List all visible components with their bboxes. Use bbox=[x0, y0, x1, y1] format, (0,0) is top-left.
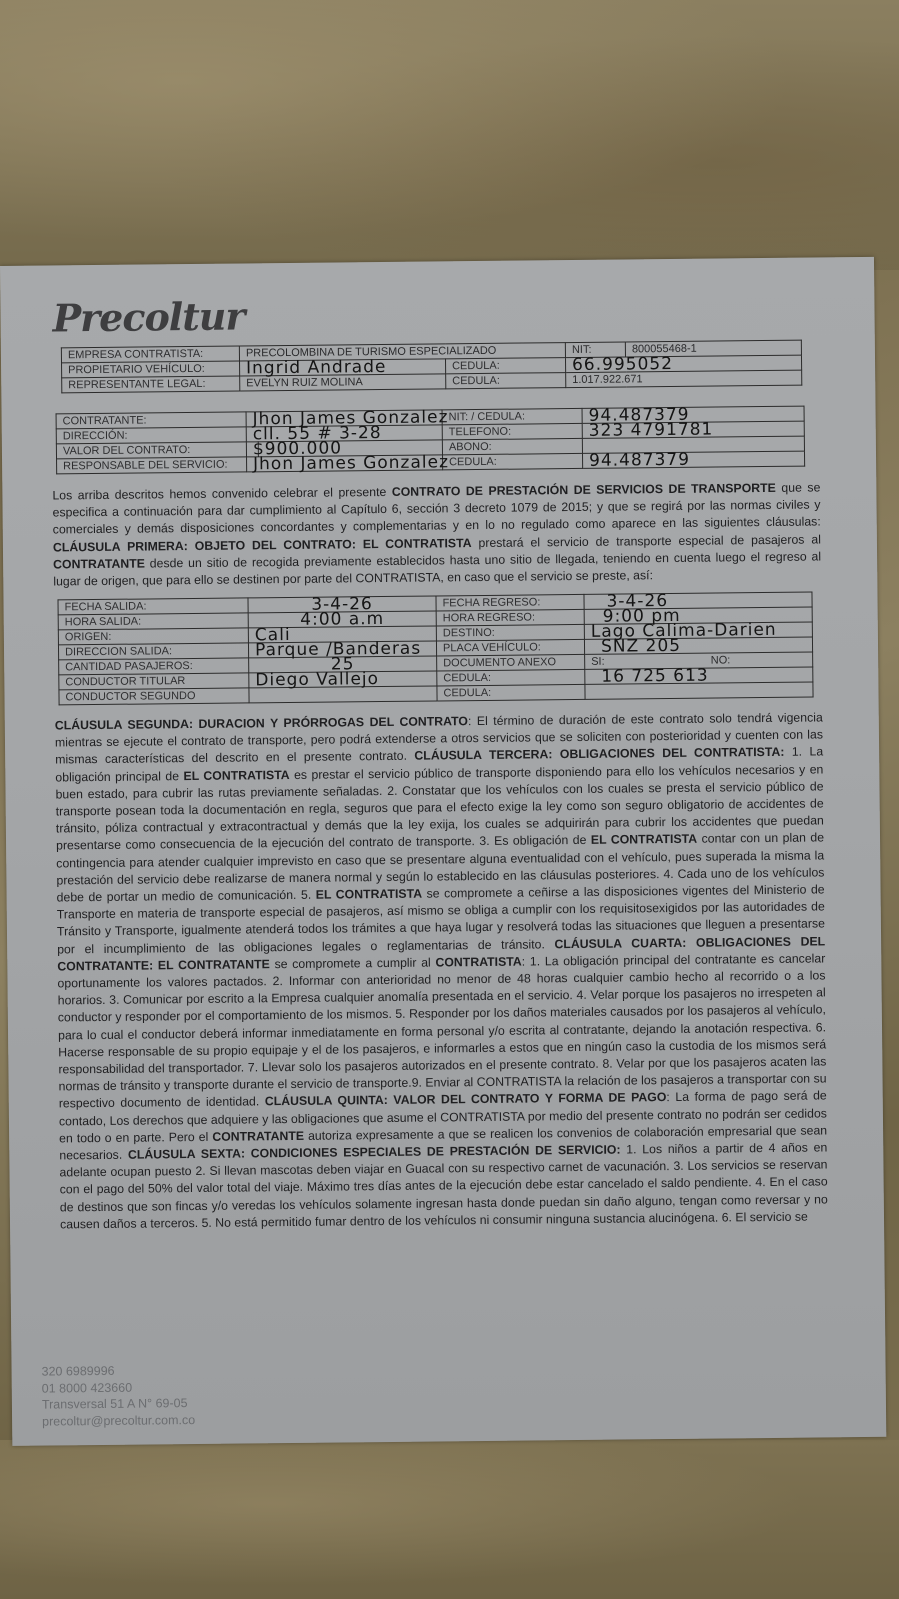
value-responsable-servicio: Jhon James Gonzalez bbox=[247, 455, 443, 472]
clause-4-text: se compromete a cumplir al bbox=[270, 955, 436, 971]
option-no: NO: bbox=[711, 654, 731, 666]
value-cedula-responsable: 94.487379 bbox=[582, 451, 804, 468]
footer-phone-1: 320 6989996 bbox=[41, 1362, 194, 1380]
company-logo: Precoltur bbox=[52, 293, 244, 340]
trip-info-table: FECHA SALIDA: 3-4-26 FECHA REGRESO: 3-4-… bbox=[57, 592, 813, 706]
label-abono: ABONO: bbox=[442, 438, 582, 454]
clause-3-bold: EL CONTRATISTA bbox=[316, 887, 422, 902]
label-documento-anexo: DOCUMENTO ANEXO bbox=[437, 654, 585, 671]
footer-phone-2: 01 8000 423660 bbox=[42, 1379, 195, 1397]
clause-5-title: CLÁUSULA QUINTA: VALOR DEL CONTRATO Y FO… bbox=[265, 1091, 667, 1109]
label-fecha-regreso: FECHA REGRESO: bbox=[436, 594, 584, 611]
clause-1-text: prestará el servicio de transporte espec… bbox=[471, 532, 821, 550]
label-hora-regreso: HORA REGRESO: bbox=[436, 609, 584, 626]
label-cedula-conductor-titular: CEDULA: bbox=[437, 669, 585, 686]
clause-3-bold: EL CONTRATISTA bbox=[183, 768, 289, 783]
label-destino: DESTINO: bbox=[436, 624, 584, 641]
label-cedula-responsable: CEDULA: bbox=[443, 453, 583, 469]
contact-footer: 320 6989996 01 8000 423660 Transversal 5… bbox=[41, 1362, 195, 1430]
clause-4-bold: CONTRATISTA bbox=[435, 954, 521, 969]
contract-title: CONTRATO DE PRESTACIÓN DE SERVICIOS DE T… bbox=[392, 481, 776, 499]
label-nit-cedula: NIT: / CEDULA: bbox=[442, 408, 582, 424]
clause-1-title: CLÁUSULA PRIMERA: OBJETO DEL CONTRATO: E… bbox=[53, 536, 472, 554]
label-conductor-segundo: CONDUCTOR SEGUNDO bbox=[59, 688, 249, 705]
client-info-table: CONTRATANTE: Jhon James Gonzalez NIT: / … bbox=[56, 406, 806, 475]
clause-1-bold: CONTRATANTE bbox=[53, 556, 145, 571]
stone-background-top bbox=[0, 0, 899, 270]
value-representante-legal: EVELYN RUIZ MOLINA bbox=[240, 374, 446, 391]
value-cedula-representante: 1.017.922.671 bbox=[566, 370, 802, 387]
clause-2-title: CLÁUSULA SEGUNDA: DURACION Y PRÓRROGAS D… bbox=[55, 714, 468, 732]
stone-background-bottom bbox=[0, 1440, 899, 1599]
clause-6-title: CLÁUSULA SEXTA: CONDICIONES ESPECIALES D… bbox=[128, 1143, 621, 1162]
clause-3-title: CLÁUSULA TERCERA: OBLIGACIONES DEL CONTR… bbox=[414, 745, 784, 763]
intro-text: Los arriba descritos hemos convenido cel… bbox=[52, 485, 392, 503]
label-placa-vehiculo: PLACA VEHÍCULO: bbox=[436, 639, 584, 656]
company-info-table: EMPRESA CONTRATISTA: PRECOLOMBINA DE TUR… bbox=[61, 340, 802, 394]
clause-4-text: : 1. La obligación principal del contrat… bbox=[57, 951, 826, 1111]
label-representante-legal: REPRESENTANTE LEGAL: bbox=[62, 376, 240, 393]
label-telefono: TELEFONO: bbox=[442, 423, 582, 439]
intro-paragraph: Los arriba descritos hemos convenido cel… bbox=[52, 479, 821, 590]
label-responsable-servicio: RESPONSABLE DEL SERVICIO: bbox=[57, 457, 247, 474]
clause-1-text: desde un sitio de recogida previamente e… bbox=[53, 549, 821, 588]
label-cedula-propietario: CEDULA: bbox=[445, 358, 565, 374]
label-cedula-conductor-segundo: CEDULA: bbox=[437, 684, 585, 701]
clauses-body: CLÁUSULA SEGUNDA: DURACION Y PRÓRROGAS D… bbox=[55, 709, 828, 1233]
footer-email: precoltur@precoltur.com.co bbox=[42, 1412, 195, 1430]
clause-5-bold: CONTRATANTE bbox=[212, 1129, 304, 1144]
clause-3-bold: EL CONTRATISTA bbox=[591, 832, 697, 847]
label-cedula-representante: CEDULA: bbox=[446, 373, 566, 389]
footer-address: Transversal 51 A N° 69-05 bbox=[42, 1395, 195, 1413]
contract-document: Precoltur EMPRESA CONTRATISTA: PRECOLOMB… bbox=[0, 257, 886, 1446]
